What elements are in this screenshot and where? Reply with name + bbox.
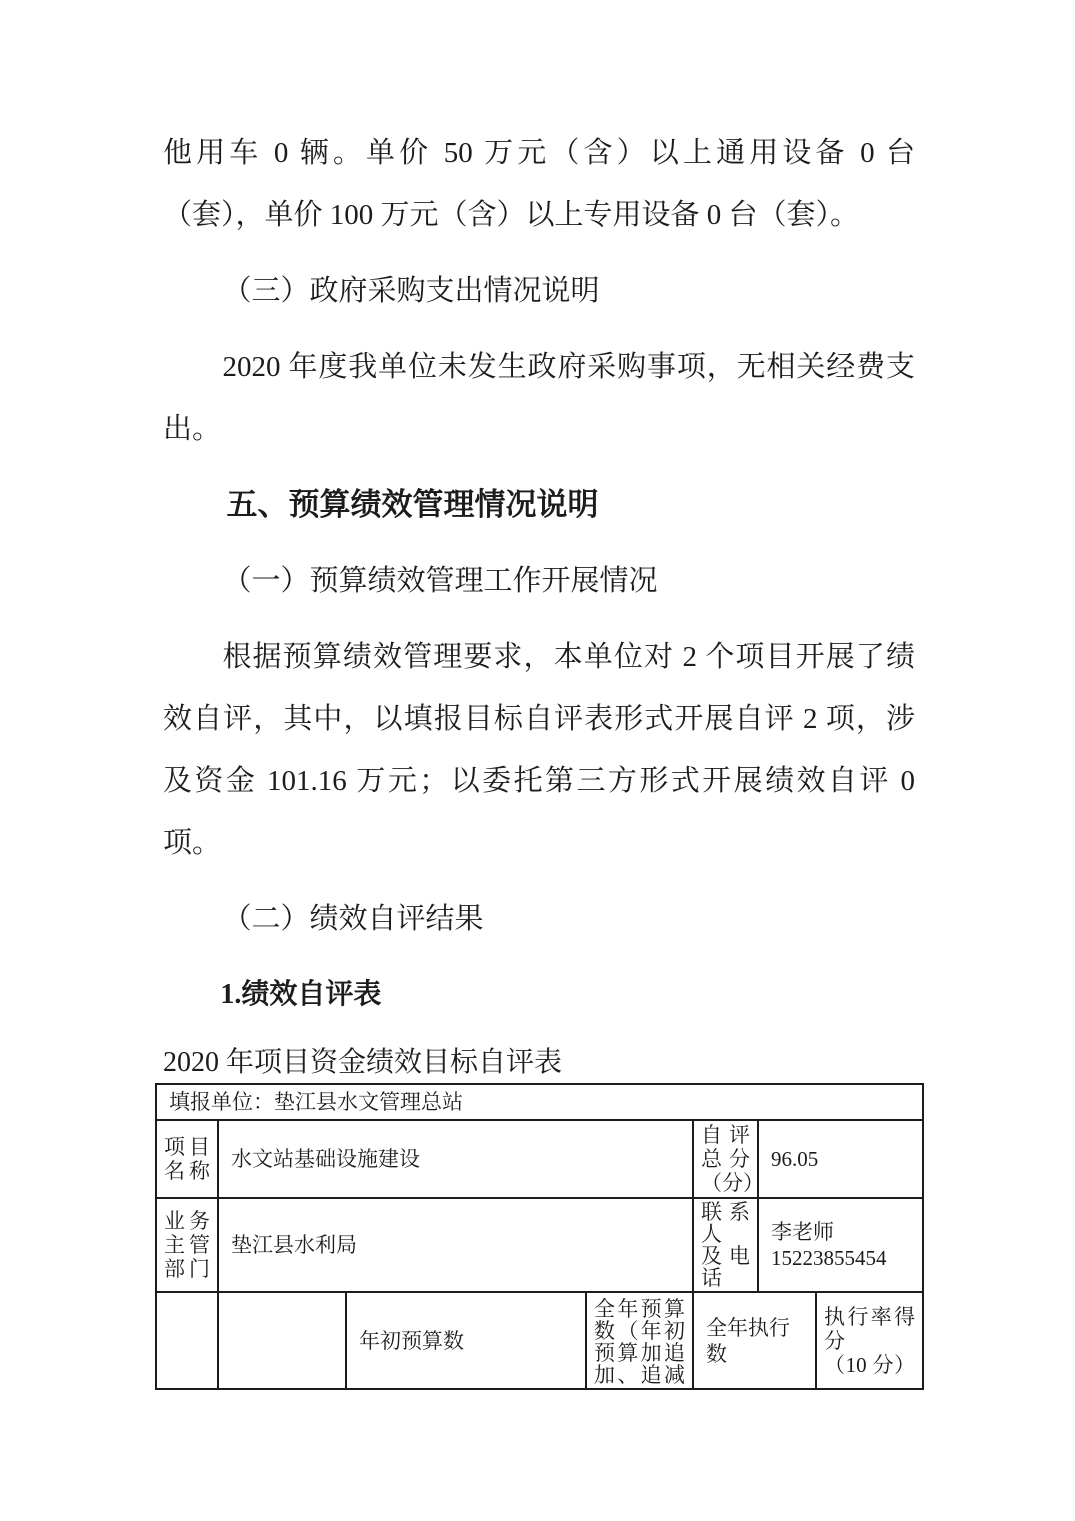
contact-value-cell: 李老师 15223855454 [758, 1198, 923, 1292]
paragraph-vehicles-equipment: 他用车 0 辆。单价 50 万元（含）以上通用设备 0 台（套），单价 100 … [163, 122, 915, 246]
table-row-filling-unit: 填报单位：垫江县水文管理总站 [156, 1084, 923, 1120]
document-page: 他用车 0 辆。单价 50 万元（含）以上通用设备 0 台（套），单价 100 … [0, 0, 1075, 1521]
text-line: 2020 年度我单位未发生政府采购事项，无相关经费支 [163, 336, 915, 398]
text-line: 项。 [163, 812, 915, 874]
text-line: 他用车 0 辆。单价 50 万元（含）以上通用设备 0 台 [163, 122, 915, 184]
self-score-label-cell: 自评 总分 （分） [693, 1120, 758, 1198]
table-row-budget-headers: 年初预算数 全年预算 数（年初 预算加追 加、追减 全年执行数 执行率得 分 （… [156, 1292, 923, 1389]
text-line: （三）政府采购支出情况说明 [163, 260, 915, 322]
document-body: 他用车 0 辆。单价 50 万元（含）以上通用设备 0 台（套），单价 100 … [163, 122, 915, 1086]
project-name-value-cell: 水文站基础设施建设 [218, 1120, 693, 1198]
performance-self-evaluation-table: 填报单位：垫江县水文管理总站 项目 名称 水文站基础设施建设 自评 总分 （分）… [155, 1083, 924, 1390]
text-line: 及资金 101.16 万元；以委托第三方形式开展绩效自评 0 [163, 750, 915, 812]
heading-section-five-two: （二）绩效自评结果 [163, 888, 915, 950]
empty-cell-1 [156, 1292, 218, 1389]
table-row-project: 项目 名称 水文站基础设施建设 自评 总分 （分） 96.05 [156, 1120, 923, 1198]
paragraph-self-evaluation-summary: 根据预算绩效管理要求，本单位对 2 个项目开展了绩效自评，其中，以填报目标自评表… [163, 626, 915, 874]
heading-self-evaluation-form: 1.绩效自评表 [163, 964, 915, 1026]
text-line: 根据预算绩效管理要求，本单位对 2 个项目开展了绩 [163, 626, 915, 688]
full-year-execution-header-cell: 全年执行数 [693, 1292, 816, 1389]
initial-budget-header-cell: 年初预算数 [346, 1292, 586, 1389]
table-row-department: 业务 主管 部门 垫江县水利局 联系 人 及电 话 李老师 1522385545… [156, 1198, 923, 1292]
paragraph-procurement: 2020 年度我单位未发生政府采购事项，无相关经费支出。 [163, 336, 915, 460]
project-name-label-cell: 项目 名称 [156, 1120, 218, 1198]
self-score-value-cell: 96.05 [758, 1120, 923, 1198]
text-line: 效自评，其中，以填报目标自评表形式开展自评 2 项，涉 [163, 688, 915, 750]
department-value-cell: 垫江县水利局 [218, 1198, 693, 1292]
contact-label-cell: 联系 人 及电 话 [693, 1198, 758, 1292]
filling-unit-cell: 填报单位：垫江县水文管理总站 [156, 1084, 923, 1120]
text-line: （二）绩效自评结果 [163, 888, 915, 950]
text-line: （套），单价 100 万元（含）以上专用设备 0 台（套）。 [163, 184, 915, 246]
full-year-budget-header-cell: 全年预算 数（年初 预算加追 加、追减 [586, 1292, 693, 1389]
heading-section-three: （三）政府采购支出情况说明 [163, 260, 915, 322]
heading-section-five-one: （一）预算绩效管理工作开展情况 [163, 550, 915, 612]
text-line: 出。 [163, 398, 915, 460]
department-label-cell: 业务 主管 部门 [156, 1198, 218, 1292]
text-line: 1.绩效自评表 [163, 964, 915, 1026]
empty-cell-2 [218, 1292, 346, 1389]
table-title: 2020 年项目资金绩效目标自评表 [163, 1040, 915, 1086]
text-line: 五、预算绩效管理情况说明 [163, 474, 915, 536]
text-line: （一）预算绩效管理工作开展情况 [163, 550, 915, 612]
text-line: 2020 年项目资金绩效目标自评表 [163, 1040, 915, 1086]
heading-section-five: 五、预算绩效管理情况说明 [163, 474, 915, 536]
execution-rate-score-header-cell: 执行率得 分 （10 分） [816, 1292, 923, 1389]
